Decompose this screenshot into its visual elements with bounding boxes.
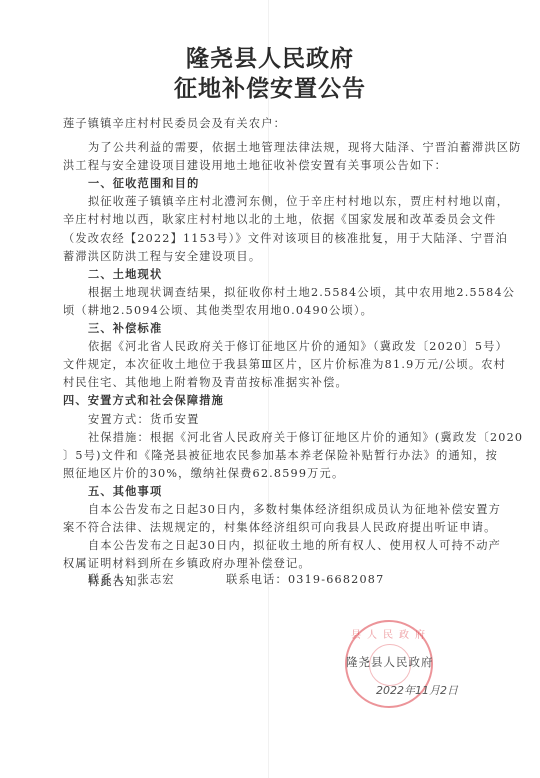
body-line: 安置方式：货币安置: [88, 412, 518, 427]
body-line: 顷（耕地2.5094公顷、其他类型农用地0.0490公顷）。: [63, 303, 493, 318]
addressee: 莲子镇镇辛庄村村民委员会及有关农户：: [63, 116, 493, 131]
document-title-line1: 隆尧县人民政府: [0, 40, 540, 73]
body-line: 依据《河北省人民政府关于修订征地区片价的通知》（冀政发〔2020〕5号）: [88, 339, 518, 354]
body-line: 权属证明材料到所在乡镇政府办理补偿登记。: [63, 556, 493, 571]
body-line: 拟征收莲子镇镇辛庄村北澧河东侧，位于辛庄村村地以东，贾庄村村地以南，: [88, 194, 518, 209]
body-line: 〕5号)文件和《隆尧县被征地农民参加基本养老保险补贴暂行办法》的通知，按: [63, 448, 493, 463]
body-line: 辛庄村村地以西，耿家庄村村地以北的土地，依据《国家发展和改革委员会文件: [63, 212, 493, 227]
body-line: 洪工程与安全建设项目建设用地土地征收补偿安置有关事项公告如下：: [63, 158, 493, 173]
body-line: 为了公共利益的需要，依据土地管理法律法规，现将大陆泽、宁晋泊蓄滞洪区防: [88, 140, 518, 155]
document-title-line2: 征地补偿安置公告: [0, 70, 540, 103]
body-line: 蓄滞洪区防洪工程与安全建设项目。: [63, 249, 493, 264]
seal-text: 县人民政府: [347, 626, 435, 641]
body-line: 自本公告发布之日起30日内，拟征收土地的所有权人、使用权人可持不动产: [88, 538, 518, 553]
body-line: 自本公告发布之日起30日内，多数村集体经济组织成员认为征地补偿安置方: [88, 502, 518, 517]
issuer-signature: 隆尧县人民政府: [346, 654, 434, 670]
body-line: 根据土地现状调查结果，拟征收你村土地2.5584公顷，其中农用地2.5584公: [88, 285, 518, 300]
issue-date: 2022年11月2日: [376, 682, 458, 698]
section-heading: 一、征收范围和目的: [88, 176, 518, 191]
section-heading: 五、其他事项: [88, 484, 518, 499]
section-heading: 二、土地现状: [88, 267, 518, 282]
body-line: （发改农经【2022】1153号）》文件对该项目的核准批复，用于大陆泽、宁晋泊: [63, 231, 493, 246]
body-line: 案不符合法律、法规规定的，村集体经济组织可向我县人民政府提出听证申请。: [63, 520, 493, 535]
section-heading: 三、补偿标准: [88, 321, 518, 336]
section-heading: 四、安置方式和社会保障措施: [63, 393, 493, 408]
body-line: 文件规定，本次征收土地位于我县第Ⅲ区片，区片价标准为81.9万元/公顷。农村: [63, 357, 493, 372]
body-line: 照征地区片价的30%，缴纳社保费62.8599万元。: [63, 466, 493, 481]
contact-phone: 联系电话：0319-6682087: [226, 572, 540, 587]
body-line: 社保措施：根据《河北省人民政府关于修订征地区片价的通知》(冀政发〔2020: [88, 430, 518, 445]
body-line: 村民住宅、其他地上附着物及青苗按标准据实补偿。: [63, 375, 493, 390]
